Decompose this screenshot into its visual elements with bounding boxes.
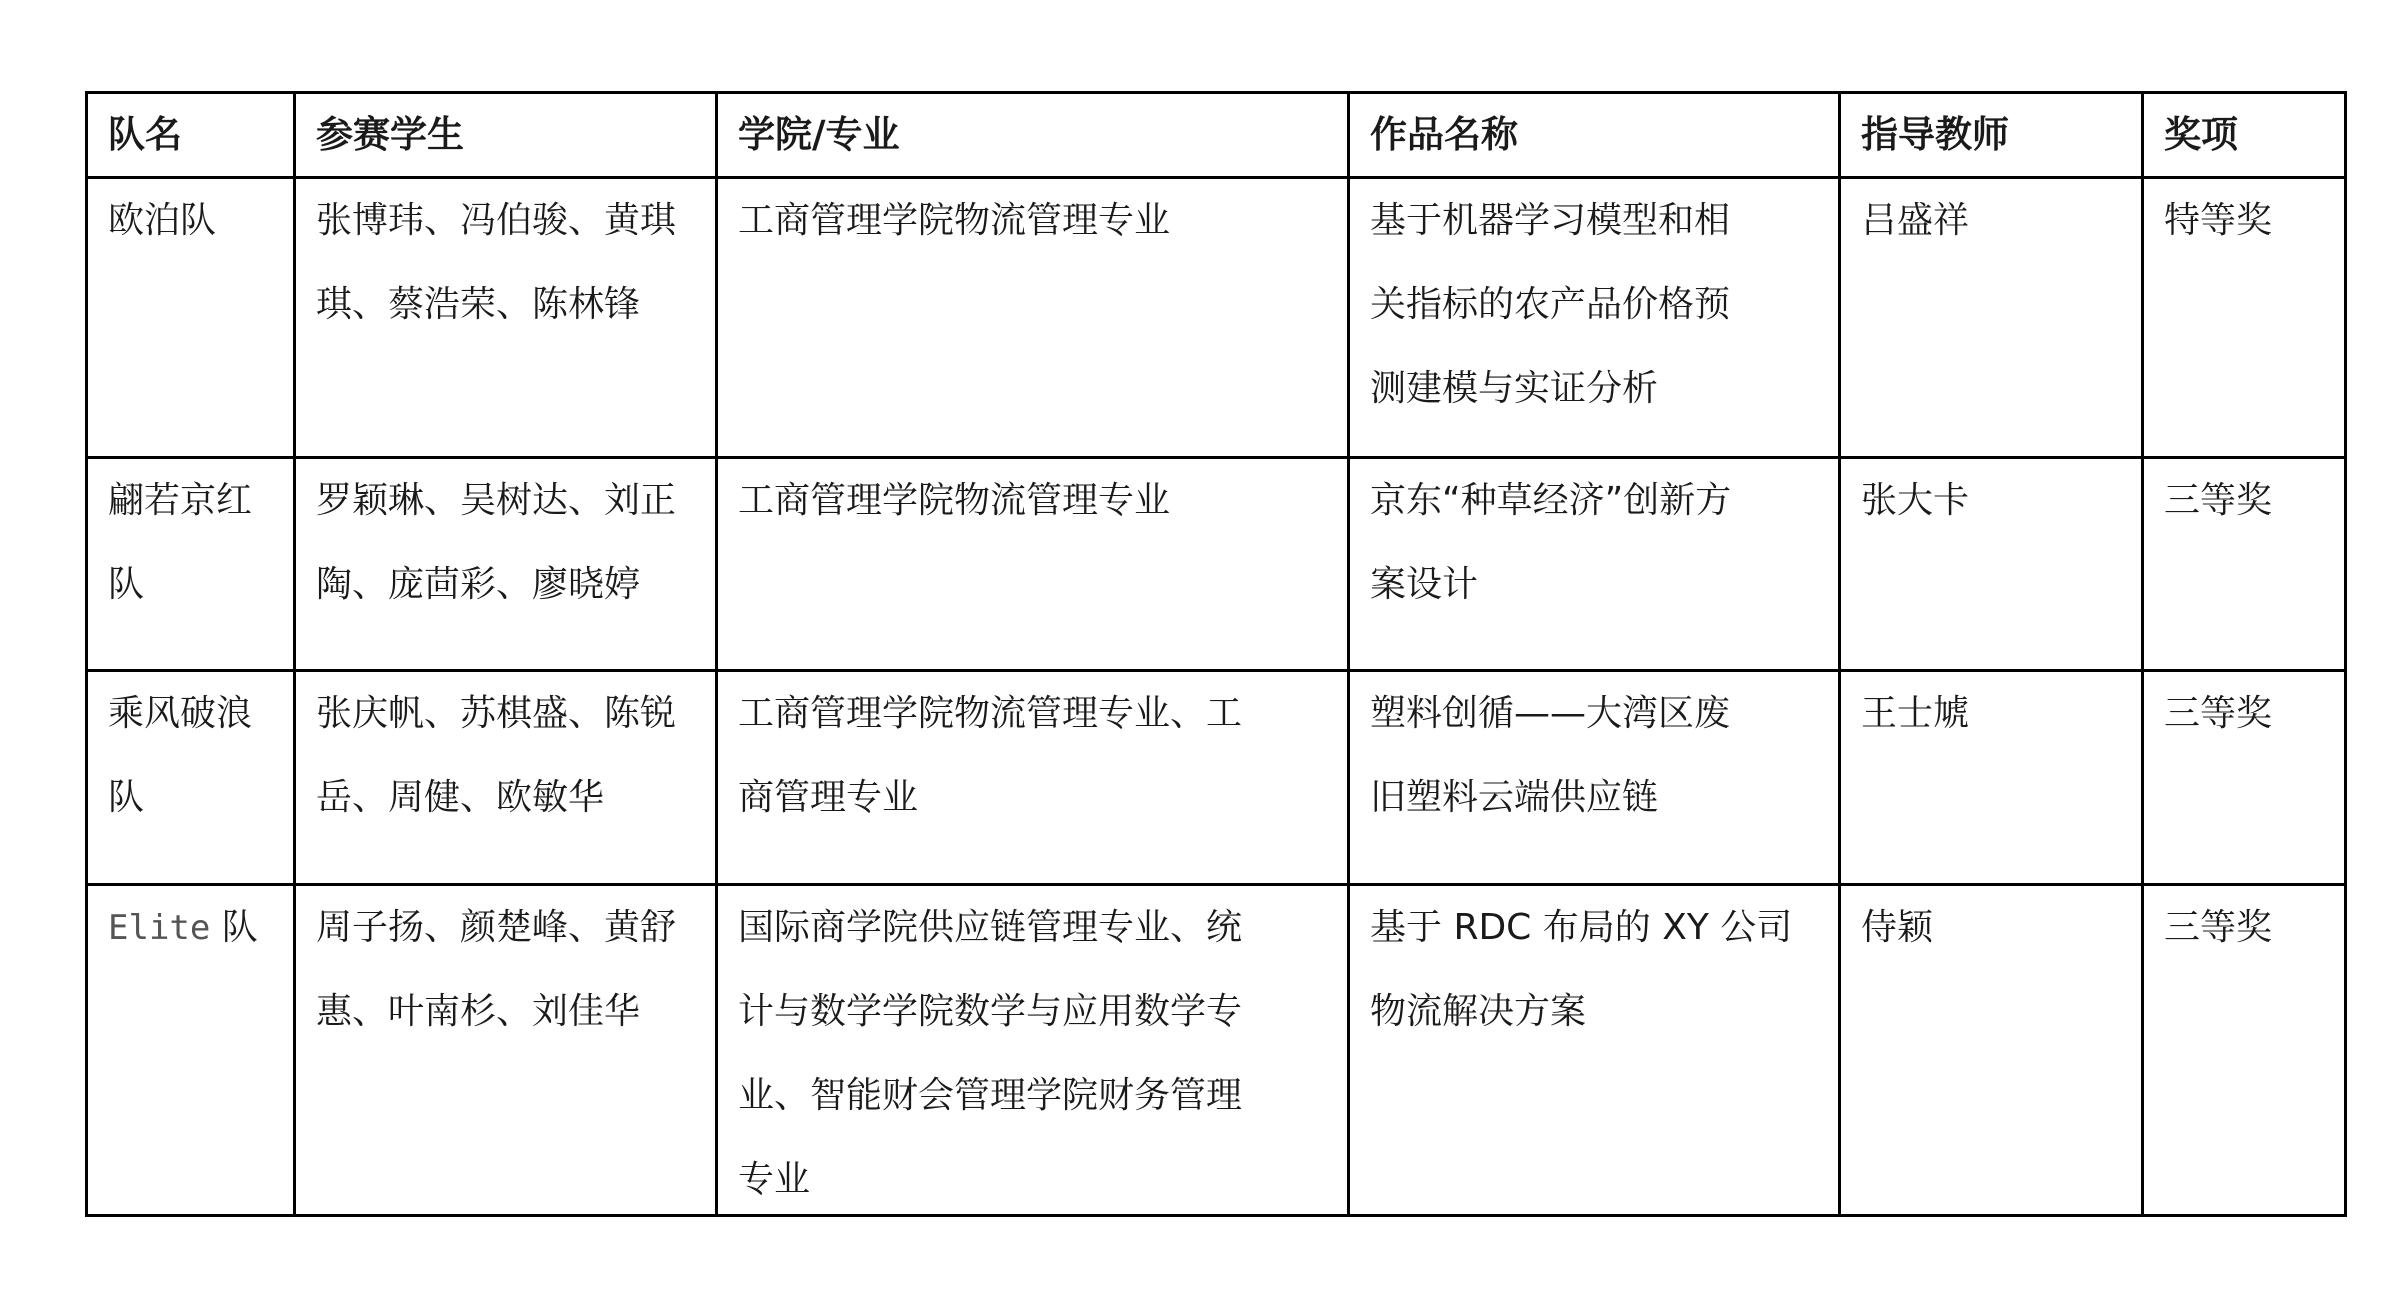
cell-award: 特等奖 — [2141, 179, 2272, 263]
cell-college: 工商管理学院物流管理专业 — [715, 179, 1170, 263]
cell-team: 翩若京红 队 — [85, 459, 252, 627]
cell-award: 三等奖 — [2141, 459, 2272, 543]
cell-students: 周子扬、颜楚峰、黄舒 惠、叶南杉、刘佳华 — [293, 886, 676, 1054]
header-team: 队名 — [85, 116, 182, 153]
cell-advisor: 张大卡 — [1838, 459, 1969, 543]
cell-advisor: 侍颖 — [1838, 886, 1933, 970]
cell-work: 基于 RDC 布局的 XY 公司 物流解决方案 — [1347, 886, 1792, 1054]
team-name-suffix: 队 — [210, 907, 257, 948]
cell-work: 塑料创循——大湾区废 旧塑料云端供应链 — [1347, 672, 1730, 840]
cell-college: 国际商学院供应链管理专业、统 计与数学学院数学与应用数学专 业、智能财会管理学院… — [715, 886, 1242, 1222]
team-name-latin: Elite — [108, 908, 210, 948]
cell-students: 张庆帆、苏棋盛、陈锐 岳、周健、欧敏华 — [293, 672, 676, 840]
cell-students: 张博玮、冯伯骏、黄琪 琪、蔡浩荣、陈林锋 — [293, 179, 676, 347]
cell-college: 工商管理学院物流管理专业、工 商管理专业 — [715, 672, 1242, 840]
header-advisor: 指导教师 — [1838, 116, 2009, 153]
cell-students: 罗颖琳、吴树达、刘正 陶、庞茴彩、廖晓婷 — [293, 459, 676, 627]
cell-team: 欧泊队 — [85, 179, 216, 263]
header-work: 作品名称 — [1347, 116, 1518, 153]
cell-award: 三等奖 — [2141, 886, 2272, 970]
cell-college: 工商管理学院物流管理专业 — [715, 459, 1170, 543]
cell-work: 基于机器学习模型和相 关指标的农产品价格预 测建模与实证分析 — [1347, 179, 1730, 431]
cell-award: 三等奖 — [2141, 672, 2272, 756]
cell-team: Elite 队 — [85, 886, 258, 970]
header-college: 学院/专业 — [715, 116, 900, 153]
awards-table: 队名 参赛学生 学院/专业 作品名称 指导教师 奖项 欧泊队 张博玮、冯伯骏、黄… — [85, 91, 2347, 1217]
cell-advisor: 王士虓 — [1838, 672, 1969, 756]
cell-work: 京东“种草经济”创新方 案设计 — [1347, 459, 1731, 627]
cell-team: 乘风破浪 队 — [85, 672, 252, 840]
cell-advisor: 吕盛祥 — [1838, 179, 1969, 263]
header-students: 参赛学生 — [293, 116, 464, 153]
header-award: 奖项 — [2141, 116, 2238, 153]
